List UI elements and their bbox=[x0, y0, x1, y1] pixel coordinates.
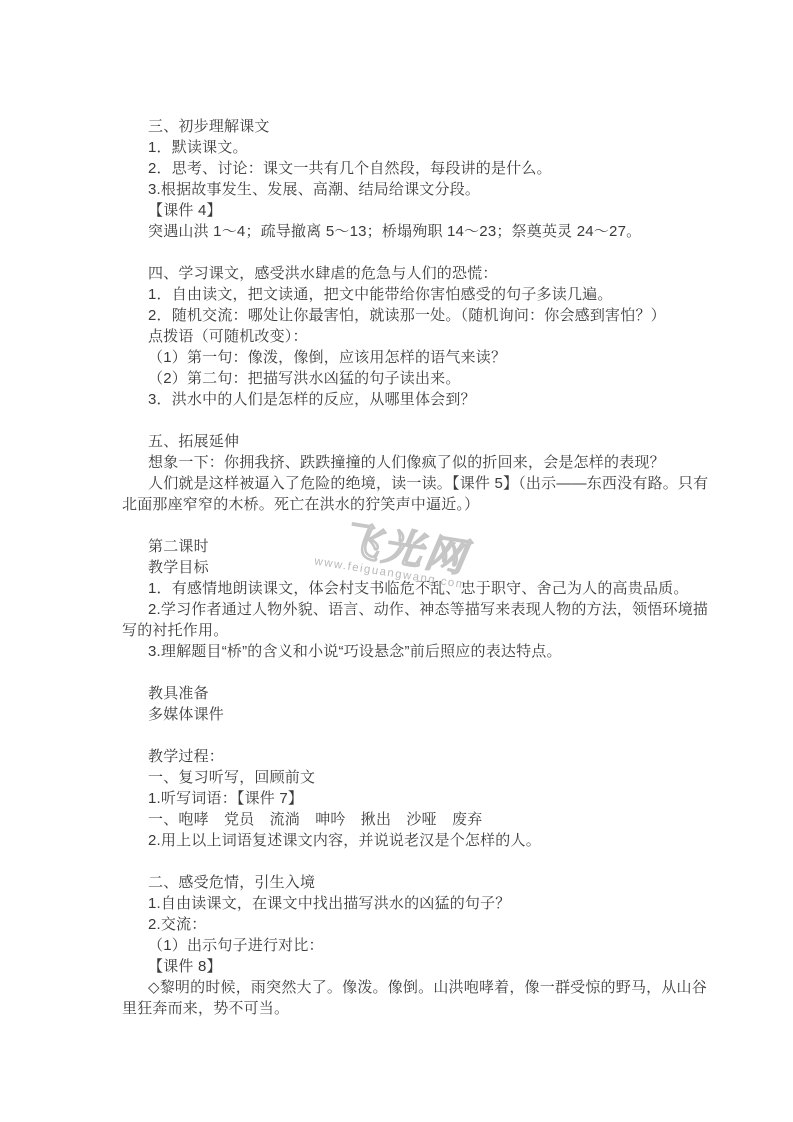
text-line: 一、咆哮 党员 流淌 呻吟 揪出 沙哑 废弃 bbox=[122, 809, 688, 830]
blank-line bbox=[122, 515, 688, 536]
text-line: 2．随机交流：哪处让你最害怕，就读那一处。（随机询问：你会感到害怕？） bbox=[122, 305, 688, 326]
text-line: 3.根据故事发生、发展、高潮、结局给课文分段。 bbox=[122, 179, 688, 200]
blank-line bbox=[122, 725, 688, 746]
text-line: ◇黎明的时候，雨突然大了。像泼。像倒。山洪咆哮着，像一群受惊的野马，从山谷 bbox=[122, 977, 688, 998]
text-line: 教具准备 bbox=[122, 683, 688, 704]
text-line: 想象一下：你拥我挤、跌跌撞撞的人们像疯了似的折回来，会是怎样的表现？ bbox=[122, 452, 688, 473]
text-line: 【课件 4】 bbox=[122, 200, 688, 221]
text-line: （1）第一句：像泼，像倒，应该用怎样的语气来读？ bbox=[122, 347, 688, 368]
text-line: 2.学习作者通过人物外貌、语言、动作、神态等描写来表现人物的方法，领悟环境描 bbox=[122, 599, 688, 620]
text-line: 二、感受危情，引生入境 bbox=[122, 872, 688, 893]
text-line: 2．思考、讨论：课文一共有几个自然段，每段讲的是什么。 bbox=[122, 158, 688, 179]
text-line: 3．洪水中的人们是怎样的反应，从哪里体会到？ bbox=[122, 389, 688, 410]
text-line: 3.理解题目“桥”的含义和小说“巧设悬念”前后照应的表达特点。 bbox=[122, 641, 688, 662]
text-line: 三、初步理解课文 bbox=[122, 116, 688, 137]
text-line: 写的衬托作用。 bbox=[122, 620, 688, 641]
text-line: （2）第二句：把描写洪水凶猛的句子读出来。 bbox=[122, 368, 688, 389]
text-line: 里狂奔而来，势不可当。 bbox=[122, 998, 688, 1019]
text-line: （1）出示句子进行对比： bbox=[122, 935, 688, 956]
blank-line bbox=[122, 851, 688, 872]
blank-line bbox=[122, 242, 688, 263]
text-line: 2.用上以上词语复述课文内容，并说说老汉是个怎样的人。 bbox=[122, 830, 688, 851]
text-line: 教学过程： bbox=[122, 746, 688, 767]
text-line: 北面那座窄窄的木桥。死亡在洪水的狞笑声中逼近。） bbox=[122, 494, 688, 515]
text-line: 1.自由读课文，在课文中找出描写洪水的凶猛的句子？ bbox=[122, 893, 688, 914]
text-line: 1.听写词语：【课件 7】 bbox=[122, 788, 688, 809]
text-line: 2.交流： bbox=[122, 914, 688, 935]
text-line: 突遇山洪 1～4；疏导撤离 5～13；桥塌殉职 14～23；祭奠英灵 24～27… bbox=[122, 221, 688, 242]
text-line: 四、学习课文，感受洪水肆虐的危急与人们的恐慌： bbox=[122, 263, 688, 284]
text-line: 1．自由读文，把文读通，把文中能带给你害怕感受的句子多读几遍。 bbox=[122, 284, 688, 305]
lesson-plan-text: 三、初步理解课文1．默读课文。2．思考、讨论：课文一共有几个自然段，每段讲的是什… bbox=[122, 116, 688, 1019]
text-line: 第二课时 bbox=[122, 536, 688, 557]
text-line: 【课件 8】 bbox=[122, 956, 688, 977]
text-line: 一、复习听写，回顾前文 bbox=[122, 767, 688, 788]
text-line: 人们就是这样被逼入了危险的绝境，读一读。【课件 5】（出示——东西没有路。只有 bbox=[122, 473, 688, 494]
text-line: 五、拓展延伸 bbox=[122, 431, 688, 452]
blank-line bbox=[122, 410, 688, 431]
blank-line bbox=[122, 662, 688, 683]
text-line: 多媒体课件 bbox=[122, 704, 688, 725]
document-page: 飞光网 www.feiguangwang.com 三、初步理解课文1．默读课文。… bbox=[0, 0, 793, 1122]
text-line: 点拨语（可随机改变）： bbox=[122, 326, 688, 347]
text-line: 1．默读课文。 bbox=[122, 137, 688, 158]
text-line: 1．有感情地朗读课文，体会村支书临危不乱、忠于职守、舍己为人的高贵品质。 bbox=[122, 578, 688, 599]
text-line: 教学目标 bbox=[122, 557, 688, 578]
